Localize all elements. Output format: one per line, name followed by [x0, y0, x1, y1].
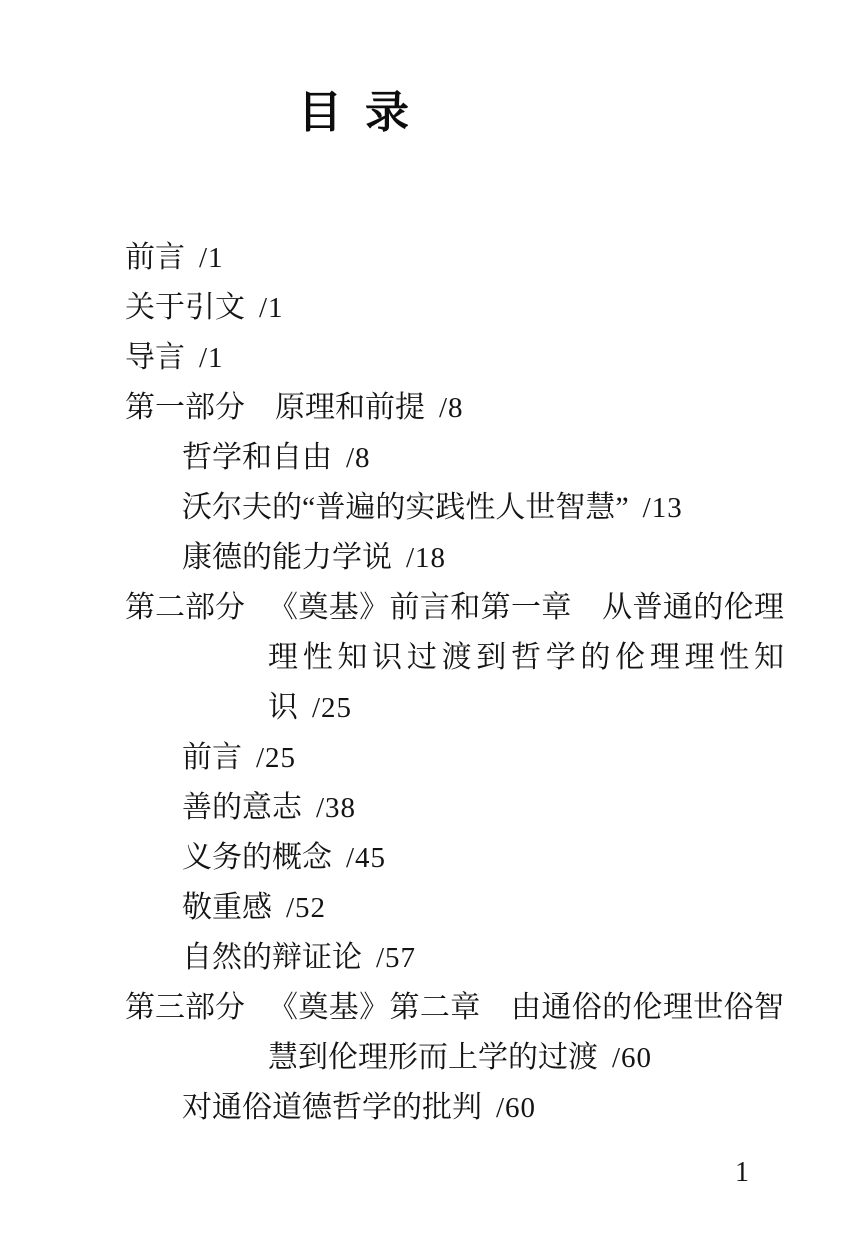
- toc-entry-page: /1: [259, 292, 284, 324]
- page-title: 目 录: [298, 76, 415, 140]
- toc-entry-page: /57: [376, 942, 416, 974]
- footer-page-number: 1: [735, 1157, 749, 1189]
- toc-entry-text: 自然的辩证论: [182, 941, 362, 974]
- toc-entry-page: /60: [612, 1042, 652, 1074]
- toc-entry: 关于引文/1: [0, 283, 866, 333]
- toc-entry-page: /1: [199, 242, 224, 274]
- toc-entry-page: /60: [496, 1092, 536, 1124]
- toc-entry: 前言/1: [0, 233, 866, 283]
- toc-entry: 对通俗道德哲学的批判/60: [0, 1083, 866, 1133]
- toc-entry-text: 敬重感: [182, 891, 272, 924]
- toc-entry-text: 沃尔夫的“普遍的实践性人世智慧”: [182, 491, 629, 524]
- toc-entry: 敬重感/52: [0, 883, 866, 933]
- toc-list: 前言/1 关于引文/1 导言/1 第一部分 原理和前提/8 哲学和自由/8 沃尔…: [0, 233, 866, 1133]
- toc-entry-text: 慧到伦理形而上学的过渡: [268, 1041, 598, 1074]
- toc-entry: 义务的概念/45: [0, 833, 866, 883]
- toc-part-line: 慧到伦理形而上学的过渡/60: [268, 1033, 784, 1083]
- toc-entry-page: /8: [439, 392, 464, 424]
- toc-part-body: 《奠基》前言和第一章 从普通的伦理 理性知识过渡到哲学的伦理理性知 识/25: [268, 583, 784, 733]
- toc-part-line: 《奠基》前言和第一章 从普通的伦理: [268, 583, 784, 633]
- toc-entry-text: 识: [268, 691, 298, 724]
- toc-entry-page: /52: [286, 892, 326, 924]
- toc-entry: 沃尔夫的“普遍的实践性人世智慧”/13: [0, 483, 866, 533]
- toc-entry-text: 康德的能力学说: [182, 541, 392, 574]
- toc-part-body: 《奠基》第二章 由通俗的伦理世俗智 慧到伦理形而上学的过渡/60: [268, 983, 784, 1083]
- toc-entry: 善的意志/38: [0, 783, 866, 833]
- toc-entry-page: /8: [346, 442, 371, 474]
- toc-entry: 导言/1: [0, 333, 866, 383]
- toc-part-line: 理性知识过渡到哲学的伦理理性知: [268, 633, 784, 683]
- toc-entry: 康德的能力学说/18: [0, 533, 866, 583]
- toc-entry: 自然的辩证论/57: [0, 933, 866, 983]
- toc-entry: 第三部分 《奠基》第二章 由通俗的伦理世俗智 慧到伦理形而上学的过渡/60: [0, 983, 866, 1083]
- toc-entry-text: 义务的概念: [182, 841, 332, 874]
- toc-entry-page: /45: [346, 842, 386, 874]
- toc-entry-text: 关于引文: [125, 291, 245, 324]
- toc-entry: 前言/25: [0, 733, 866, 783]
- toc-part-line: 识/25: [268, 683, 784, 733]
- toc-entry-text: 前言: [182, 741, 242, 774]
- toc-entry-page: /13: [643, 492, 683, 524]
- toc-entry-page: /25: [312, 692, 352, 724]
- toc-entry-page: /18: [406, 542, 446, 574]
- toc-entry-page: /38: [316, 792, 356, 824]
- toc-entry: 第二部分 《奠基》前言和第一章 从普通的伦理 理性知识过渡到哲学的伦理理性知 识…: [0, 583, 866, 733]
- toc-entry-text: 导言: [125, 341, 185, 374]
- toc-entry-text: 对通俗道德哲学的批判: [182, 1091, 482, 1124]
- toc-part-label: 第二部分: [125, 583, 268, 633]
- toc-part-line: 《奠基》第二章 由通俗的伦理世俗智: [268, 983, 784, 1033]
- toc-entry: 第一部分 原理和前提/8: [0, 383, 866, 433]
- toc-entry-page: /1: [199, 342, 224, 374]
- toc-entry-text: 善的意志: [182, 791, 302, 824]
- toc-entry: 哲学和自由/8: [0, 433, 866, 483]
- toc-entry-page: /25: [256, 742, 296, 774]
- toc-entry-text: 前言: [125, 241, 185, 274]
- toc-entry-text: 第一部分 原理和前提: [125, 391, 425, 424]
- toc-part-label: 第三部分: [125, 983, 268, 1033]
- toc-entry-text: 哲学和自由: [182, 441, 332, 474]
